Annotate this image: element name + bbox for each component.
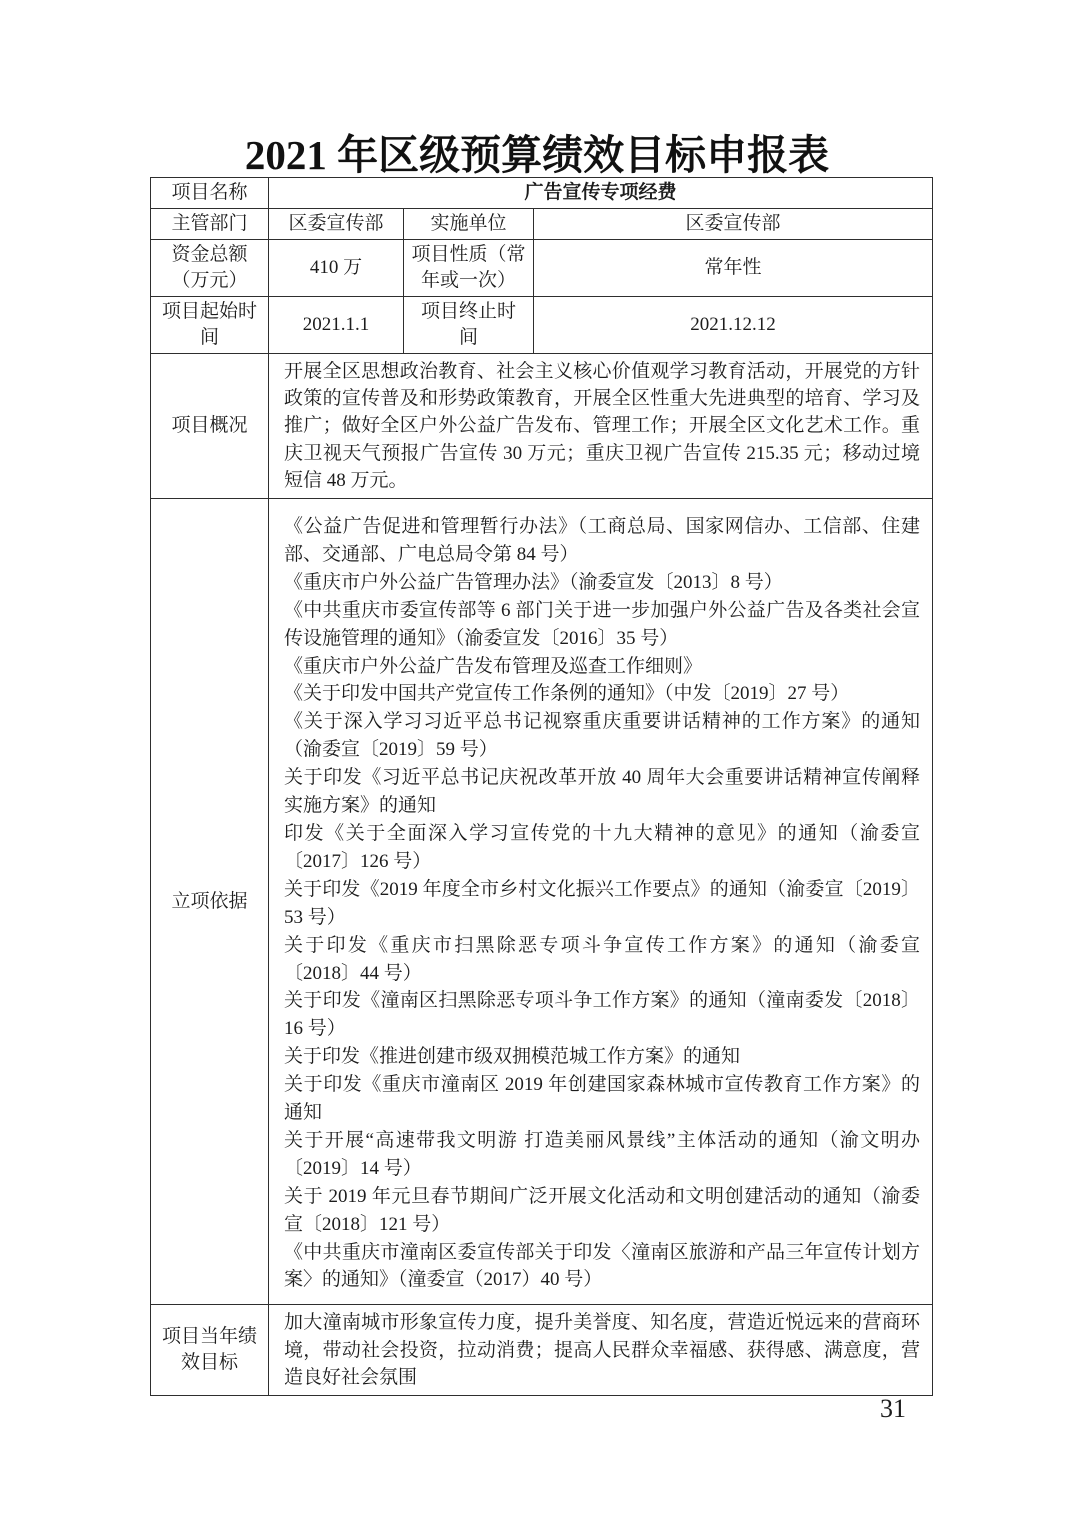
page-number: 31 [880,1394,906,1424]
overview-text: 开展全区思想政治教育、社会主义核心价值观学习教育活动，开展党的方针政策的宣传普及… [269,354,933,499]
basis-item: 《重庆市户外公益广告发布管理及巡查工作细则》 [284,653,920,681]
supervising-dept-label: 主管部门 [151,209,269,240]
row-goal: 项目当年绩 效目标 加大潼南城市形象宣传力度，提升美誉度、知名度，营造近悦远来的… [151,1305,933,1396]
end-date-label: 项目终止时 间 [404,297,534,354]
form-table: 项目名称 广告宣传专项经费 主管部门 区委宣传部 实施单位 区委宣传部 资金总额… [150,177,933,1396]
row-basis: 立项依据 《公益广告促进和管理暂行办法》（工商总局、国家网信办、工信部、住建部、… [151,499,933,1305]
basis-item: 关于印发《重庆市潼南区 2019 年创建国家森林城市宣传教育工作方案》的通知 [284,1071,920,1127]
basis-item: 关于印发《潼南区扫黑除恶专项斗争工作方案》的通知（潼南委发〔2018〕16 号） [284,987,920,1043]
basis-item: 《中共重庆市委宣传部等 6 部门关于进一步加强户外公益广告及各类社会宣传设施管理… [284,597,920,653]
total-funds-value: 410 万 [269,240,404,297]
project-nature-value: 常年性 [534,240,933,297]
implementing-unit-label: 实施单位 [404,209,534,240]
start-date-value: 2021.1.1 [269,297,404,354]
project-name-value: 广告宣传专项经费 [269,178,933,209]
project-name-label: 项目名称 [151,178,269,209]
document-page: 2021 年区级预算绩效目标申报表 项目名称 广告宣传专项经费 主管部门 区委宣… [0,0,1074,1520]
goal-text: 加大潼南城市形象宣传力度，提升美誉度、知名度，营造近悦远来的营商环境，带动社会投… [269,1305,933,1396]
row-funds: 资金总额 （万元） 410 万 项目性质（常 年或一次） 常年性 [151,240,933,297]
basis-items-container: 《公益广告促进和管理暂行办法》（工商总局、国家网信办、工信部、住建部、交通部、广… [269,499,933,1305]
basis-item: 《关于深入学习习近平总书记视察重庆重要讲话精神的工作方案》的通知（渝委宣〔201… [284,708,920,764]
page-title: 2021 年区级预算绩效目标申报表 [0,122,1074,181]
basis-item: 关于 2019 年元旦春节期间广泛开展文化活动和文明创建活动的通知（渝委宣〔20… [284,1183,920,1239]
row-overview: 项目概况 开展全区思想政治教育、社会主义核心价值观学习教育活动，开展党的方针政策… [151,354,933,499]
basis-item: 《中共重庆市潼南区委宣传部关于印发〈潼南区旅游和产品三年宣传计划方案〉的通知》（… [284,1239,920,1295]
basis-item: 关于印发《重庆市扫黑除恶专项斗争宣传工作方案》的通知（渝委宣〔2018〕44 号… [284,932,920,988]
basis-item: 《关于印发中国共产党宣传工作条例的通知》（中发〔2019〕27 号） [284,680,920,708]
row-dates: 项目起始时 间 2021.1.1 项目终止时 间 2021.12.12 [151,297,933,354]
basis-item: 关于开展“高速带我文明游 打造美丽风景线”主体活动的通知（渝文明办〔2019〕1… [284,1127,920,1183]
basis-item: 关于印发《2019 年度全市乡村文化振兴工作要点》的通知（渝委宣〔2019〕53… [284,876,920,932]
basis-item: 印发《关于全面深入学习宣传党的十九大精神的意见》的通知（渝委宣〔2017〕126… [284,820,920,876]
end-date-value: 2021.12.12 [534,297,933,354]
overview-label: 项目概况 [151,354,269,499]
start-date-label: 项目起始时 间 [151,297,269,354]
basis-item: 《重庆市户外公益广告管理办法》（渝委宣发〔2013〕8 号） [284,569,920,597]
project-nature-label: 项目性质（常 年或一次） [404,240,534,297]
basis-item: 《公益广告促进和管理暂行办法》（工商总局、国家网信办、工信部、住建部、交通部、广… [284,513,920,569]
implementing-unit-value: 区委宣传部 [534,209,933,240]
supervising-dept-value: 区委宣传部 [269,209,404,240]
row-project-name: 项目名称 广告宣传专项经费 [151,178,933,209]
basis-label: 立项依据 [151,499,269,1305]
basis-item: 关于印发《推进创建市级双拥模范城工作方案》的通知 [284,1043,920,1071]
goal-label: 项目当年绩 效目标 [151,1305,269,1396]
basis-item: 关于印发《习近平总书记庆祝改革开放 40 周年大会重要讲话精神宣传阐释实施方案》… [284,764,920,820]
row-departments: 主管部门 区委宣传部 实施单位 区委宣传部 [151,209,933,240]
total-funds-label: 资金总额 （万元） [151,240,269,297]
